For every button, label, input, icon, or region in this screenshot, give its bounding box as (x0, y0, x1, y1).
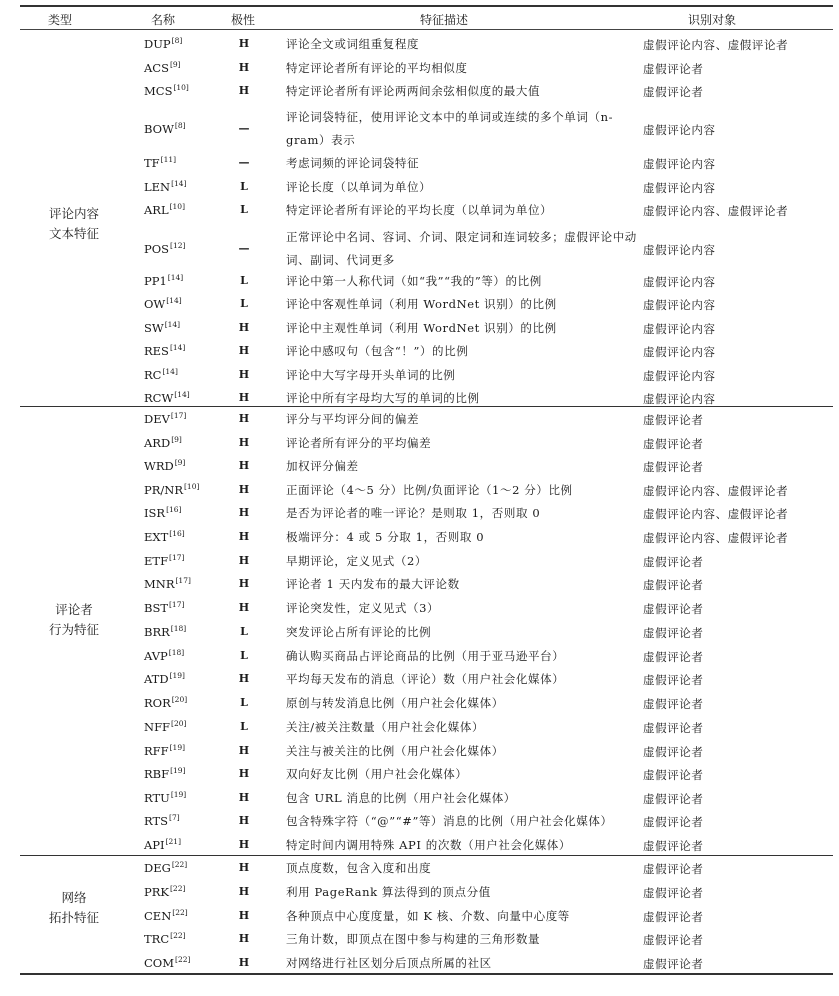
table-row: RTS[7]H包含特殊字符（“@”“#”等）消息的比例（用户社会化媒体）虚假评论… (20, 810, 833, 833)
citation-ref: [22] (170, 884, 185, 893)
feature-description: 对网络进行社区划分后顶点所属的社区 (286, 952, 646, 975)
feature-description: 正常评论中名词、容词、介词、限定词和连词较多；虚假评论中动词、副词、代词更多 (286, 226, 646, 272)
feature-description: 突发评论占所有评论的比例 (286, 621, 646, 644)
table-row: ATD[19]H平均每天发布的消息（评论）数（用户社会化媒体）虚假评论者 (20, 668, 833, 691)
detection-target: 虚假评论者 (643, 696, 704, 712)
feature-description: 双向好友比例（用户社会化媒体） (286, 763, 646, 786)
feature-description: 评论者 1 天内发布的最大评论数 (286, 573, 646, 596)
polarity: H (234, 344, 254, 357)
feature-code: WRD (144, 459, 174, 473)
detection-target: 虚假评论者 (643, 767, 704, 783)
polarity: H (234, 412, 254, 425)
polarity: H (234, 601, 254, 614)
feature-name: LEN[14] (144, 179, 187, 194)
detection-target: 虚假评论者 (643, 61, 704, 77)
table-row: API[21]H特定时间内调用特殊 API 的次数（用户社会化媒体）虚假评论者 (20, 834, 833, 857)
polarity: H (234, 672, 254, 685)
citation-ref: [18] (171, 624, 186, 633)
feature-description: 评论长度（以单词为单位） (286, 176, 646, 199)
citation-ref: [19] (170, 766, 185, 775)
feature-description: 原创与转发消息比例（用户社会化媒体） (286, 692, 646, 715)
feature-code: ARD (144, 436, 170, 450)
feature-name: PRK[22] (144, 884, 185, 899)
detection-target: 虚假评论内容 (643, 391, 716, 407)
polarity: L (234, 625, 254, 638)
polarity: H (234, 577, 254, 590)
polarity: H (234, 506, 254, 519)
table-row: RBF[19]H双向好友比例（用户社会化媒体）虚假评论者 (20, 763, 833, 786)
polarity: H (234, 368, 254, 381)
polarity: H (234, 321, 254, 334)
table-row: TF[11]—考虑词频的评论词袋特征虚假评论内容 (20, 152, 833, 175)
polarity: H (234, 838, 254, 851)
feature-name: AVP[18] (144, 648, 184, 663)
feature-description: 包含特殊字符（“@”“#”等）消息的比例（用户社会化媒体） (286, 810, 646, 833)
citation-ref: [21] (166, 837, 181, 846)
feature-code: ATD (144, 672, 169, 686)
polarity: L (234, 297, 254, 310)
detection-target: 虚假评论内容、虚假评论者 (643, 37, 788, 53)
detection-target: 虚假评论者 (643, 909, 704, 925)
detection-target: 虚假评论者 (643, 838, 704, 854)
feature-code: ETF (144, 554, 168, 568)
feature-description: 加权评分偏差 (286, 455, 646, 478)
feature-description: 顶点度数，包含入度和出度 (286, 857, 646, 880)
citation-ref: [9] (170, 60, 181, 69)
table-row: AVP[18]L确认购买商品占评论商品的比例（用于亚马逊平台）虚假评论者 (20, 645, 833, 668)
feature-description: 包含 URL 消息的比例（用户社会化媒体） (286, 787, 646, 810)
table-row: LEN[14]L评论长度（以单词为单位）虚假评论内容 (20, 176, 833, 199)
header-type: 类型 (48, 11, 72, 28)
citation-ref: [19] (170, 743, 185, 752)
feature-name: EXT[16] (144, 529, 185, 544)
table-row: NFF[20]L关注/被关注数量（用户社会化媒体）虚假评论者 (20, 716, 833, 739)
feature-name: BST[17] (144, 600, 184, 615)
feature-description: 确认购买商品占评论商品的比例（用于亚马逊平台） (286, 645, 646, 668)
detection-target: 虚假评论者 (643, 791, 704, 807)
polarity: H (234, 791, 254, 804)
feature-code: RCW (144, 391, 173, 405)
feature-name: RFF[19] (144, 743, 185, 758)
polarity: L (234, 203, 254, 216)
table-row: BST[17]H评论突发性，定义见式（3）虚假评论者 (20, 597, 833, 620)
bottom-rule (20, 973, 833, 975)
feature-name: BOW[8] (144, 121, 186, 136)
table-row: BOW[8]—评论词袋特征，使用评论文本中的单词或连续的多个单词（n-gram）… (20, 106, 833, 152)
feature-code: RFF (144, 744, 169, 758)
detection-target: 虚假评论者 (643, 412, 704, 428)
feature-code: OW (144, 297, 165, 311)
table-row: ACS[9]H特定评论者所有评论的平均相似度虚假评论者 (20, 57, 833, 80)
detection-target: 虚假评论内容 (643, 242, 716, 258)
polarity: — (234, 242, 254, 255)
table-row: ISR[16]H是否为评论者的唯一评论？是则取 1，否则取 0虚假评论内容、虚假… (20, 502, 833, 525)
polarity: L (234, 649, 254, 662)
feature-code: COM (144, 956, 174, 970)
feature-code: DUP (144, 37, 171, 51)
detection-target: 虚假评论者 (643, 554, 704, 570)
citation-ref: [17] (169, 600, 184, 609)
feature-description: 评论中感叹句（包含“！”）的比例 (286, 340, 646, 363)
table-row: ARL[10]L特定评论者所有评论的平均长度（以单词为单位）虚假评论内容、虚假评… (20, 199, 833, 222)
feature-code: RC (144, 368, 161, 382)
citation-ref: [10] (184, 482, 199, 491)
feature-name: RTU[19] (144, 790, 186, 805)
feature-code: DEV (144, 412, 170, 426)
feature-name: ATD[19] (144, 671, 185, 686)
polarity: H (234, 84, 254, 97)
polarity: H (234, 37, 254, 50)
feature-description: 考虑词频的评论词袋特征 (286, 152, 646, 175)
detection-target: 虚假评论内容 (643, 122, 716, 138)
polarity: L (234, 720, 254, 733)
table-row: WRD[9]H加权评分偏差虚假评论者 (20, 455, 833, 478)
feature-code: NFF (144, 720, 170, 734)
table-row: COM[22]H对网络进行社区划分后顶点所属的社区虚假评论者 (20, 952, 833, 975)
feature-code: BST (144, 601, 168, 615)
polarity: H (234, 459, 254, 472)
polarity: — (234, 122, 254, 135)
feature-description: 特定评论者所有评论的平均长度（以单词为单位） (286, 199, 646, 222)
feature-description: 评论词袋特征，使用评论文本中的单词或连续的多个单词（n-gram）表示 (286, 106, 646, 152)
detection-target: 虚假评论者 (643, 577, 704, 593)
polarity: H (234, 956, 254, 969)
table-row: RFF[19]H关注与被关注的比例（用户社会化媒体）虚假评论者 (20, 740, 833, 763)
citation-ref: [14] (170, 343, 185, 352)
feature-code: CEN (144, 909, 171, 923)
polarity: L (234, 180, 254, 193)
feature-code: DEG (144, 861, 171, 875)
header-polarity: 极性 (231, 11, 255, 28)
table-row: BRR[18]L突发评论占所有评论的比例虚假评论者 (20, 621, 833, 644)
feature-description: 特定时间内调用特殊 API 的次数（用户社会化媒体） (286, 834, 646, 857)
citation-ref: [11] (161, 155, 176, 164)
table-row: POS[12]—正常评论中名词、容词、介词、限定词和连词较多；虚假评论中动词、副… (20, 226, 833, 272)
feature-code: PRK (144, 885, 169, 899)
citation-ref: [17] (169, 553, 184, 562)
detection-target: 虚假评论内容 (643, 274, 716, 290)
polarity: H (234, 436, 254, 449)
feature-name: MCS[10] (144, 83, 189, 98)
feature-code: MCS (144, 84, 172, 98)
feature-name: ISR[16] (144, 505, 182, 520)
detection-target: 虚假评论内容、虚假评论者 (643, 530, 788, 546)
feature-name: RC[14] (144, 367, 178, 382)
feature-description: 评论中主观性单词（利用 WordNet 识别）的比例 (286, 317, 646, 340)
feature-code: BRR (144, 625, 170, 639)
polarity: H (234, 861, 254, 874)
polarity: — (234, 156, 254, 169)
feature-code: RTU (144, 791, 170, 805)
feature-name: ROR[20] (144, 695, 187, 710)
citation-ref: [20] (172, 695, 187, 704)
table-row: ETF[17]H早期评论，定义见式（2）虚假评论者 (20, 550, 833, 573)
detection-target: 虚假评论者 (643, 601, 704, 617)
table-row: PR/NR[10]H正面评论（4～5 分）比例/负面评论（1～2 分）比例虚假评… (20, 479, 833, 502)
table-row: MNR[17]H评论者 1 天内发布的最大评论数虚假评论者 (20, 573, 833, 596)
detection-target: 虚假评论内容 (643, 321, 716, 337)
table-row: PRK[22]H利用 PageRank 算法得到的顶点分值虚假评论者 (20, 881, 833, 904)
feature-description: 特定评论者所有评论的平均相似度 (286, 57, 646, 80)
polarity: H (234, 932, 254, 945)
citation-ref: [8] (175, 121, 186, 130)
feature-code: POS (144, 242, 169, 256)
citation-ref: [14] (168, 273, 183, 282)
feature-code: AVP (144, 649, 168, 663)
detection-target: 虚假评论者 (643, 814, 704, 830)
section-3: 网络拓扑特征DEG[22]H顶点度数，包含入度和出度虚假评论者PRK[22]H利… (20, 855, 833, 973)
citation-ref: [10] (173, 83, 188, 92)
feature-code: LEN (144, 180, 170, 194)
feature-name: MNR[17] (144, 576, 191, 591)
polarity: H (234, 530, 254, 543)
feature-description: 评论中客观性单词（利用 WordNet 识别）的比例 (286, 293, 646, 316)
citation-ref: [17] (171, 411, 186, 420)
detection-target: 虚假评论者 (643, 885, 704, 901)
feature-name: NFF[20] (144, 719, 186, 734)
citation-ref: [9] (171, 435, 182, 444)
feature-name: DUP[8] (144, 36, 182, 51)
citation-ref: [22] (175, 955, 190, 964)
citation-ref: [22] (172, 860, 187, 869)
detection-target: 虚假评论内容、虚假评论者 (643, 483, 788, 499)
table-row: RTU[19]H包含 URL 消息的比例（用户社会化媒体）虚假评论者 (20, 787, 833, 810)
feature-name: COM[22] (144, 955, 190, 970)
citation-ref: [8] (172, 36, 183, 45)
polarity: H (234, 909, 254, 922)
feature-code: TRC (144, 932, 169, 946)
feature-code: EXT (144, 530, 168, 544)
section-2: 评论者行为特征DEV[17]H评分与平均评分间的偏差虚假评论者ARD[9]H评论… (20, 406, 833, 855)
feature-name: DEV[17] (144, 411, 186, 426)
feature-name: SW[14] (144, 320, 180, 335)
feature-name: POS[12] (144, 241, 185, 256)
top-rule (20, 5, 833, 7)
feature-code: BOW (144, 122, 174, 136)
feature-description: 平均每天发布的消息（评论）数（用户社会化媒体） (286, 668, 646, 691)
citation-ref: [7] (169, 813, 180, 822)
table-row: CEN[22]H各种顶点中心度度量，如 K 核、介数、向量中心度等虚假评论者 (20, 905, 833, 928)
feature-code: RES (144, 344, 169, 358)
polarity: L (234, 274, 254, 287)
feature-description: 评论全文或词组重复程度 (286, 33, 646, 56)
detection-target: 虚假评论内容 (643, 297, 716, 313)
feature-name: ACS[9] (144, 60, 181, 75)
feature-name: RES[14] (144, 343, 185, 358)
table-row: DEG[22]H顶点度数，包含入度和出度虚假评论者 (20, 857, 833, 880)
feature-description: 评论中大写字母开头单词的比例 (286, 364, 646, 387)
citation-ref: [16] (169, 529, 184, 538)
detection-target: 虚假评论内容 (643, 344, 716, 360)
feature-name: DEG[22] (144, 860, 187, 875)
citation-ref: [20] (171, 719, 186, 728)
polarity: H (234, 885, 254, 898)
detection-target: 虚假评论内容 (643, 156, 716, 172)
feature-name: RCW[14] (144, 390, 190, 405)
feature-name: ARD[9] (144, 435, 182, 450)
table-row: DEV[17]H评分与平均评分间的偏差虚假评论者 (20, 408, 833, 431)
feature-description: 是否为评论者的唯一评论？是则取 1，否则取 0 (286, 502, 646, 525)
feature-name: TF[11] (144, 155, 176, 170)
table-row: SW[14]H评论中主观性单词（利用 WordNet 识别）的比例虚假评论内容 (20, 317, 833, 340)
feature-code: API (144, 838, 165, 852)
feature-code: SW (144, 321, 164, 335)
citation-ref: [16] (166, 505, 181, 514)
citation-ref: [18] (169, 648, 184, 657)
feature-description: 评分与平均评分间的偏差 (286, 408, 646, 431)
detection-target: 虚假评论者 (643, 672, 704, 688)
citation-ref: [14] (165, 320, 180, 329)
table-row: ARD[9]H评论者所有评分的平均偏差虚假评论者 (20, 432, 833, 455)
citation-ref: [14] (171, 179, 186, 188)
detection-target: 虚假评论内容 (643, 180, 716, 196)
feature-description: 关注与被关注的比例（用户社会化媒体） (286, 740, 646, 763)
feature-description: 特定评论者所有评论两两间余弦相似度的最大值 (286, 80, 646, 103)
detection-target: 虚假评论者 (643, 932, 704, 948)
feature-code: PR/NR (144, 483, 183, 497)
feature-name: BRR[18] (144, 624, 186, 639)
detection-target: 虚假评论者 (643, 956, 704, 972)
citation-ref: [9] (175, 458, 186, 467)
detection-target: 虚假评论者 (643, 84, 704, 100)
table-row: ROR[20]L原创与转发消息比例（用户社会化媒体）虚假评论者 (20, 692, 833, 715)
header-target: 识别对象 (688, 11, 736, 28)
table-row: MCS[10]H特定评论者所有评论两两间余弦相似度的最大值虚假评论者 (20, 80, 833, 103)
feature-description: 极端评分：4 或 5 分取 1，否则取 0 (286, 526, 646, 549)
table-row: EXT[16]H极端评分：4 或 5 分取 1，否则取 0虚假评论内容、虚假评论… (20, 526, 833, 549)
feature-name: RBF[19] (144, 766, 186, 781)
polarity: H (234, 391, 254, 404)
citation-ref: [22] (172, 908, 187, 917)
feature-description: 正面评论（4～5 分）比例/负面评论（1～2 分）比例 (286, 479, 646, 502)
detection-target: 虚假评论内容、虚假评论者 (643, 203, 788, 219)
citation-ref: [14] (162, 367, 177, 376)
citation-ref: [19] (171, 790, 186, 799)
feature-description: 三角计数，即顶点在图中参与构建的三角形数量 (286, 928, 646, 951)
table-header: 类型 名称 极性 特征描述 识别对象 (20, 8, 833, 29)
feature-code: TF (144, 156, 160, 170)
citation-ref: [10] (170, 202, 185, 211)
table-row: RES[14]H评论中感叹句（包含“！”）的比例虚假评论内容 (20, 340, 833, 363)
feature-code: MNR (144, 577, 175, 591)
detection-target: 虚假评论者 (643, 459, 704, 475)
table-row: TRC[22]H三角计数，即顶点在图中参与构建的三角形数量虚假评论者 (20, 928, 833, 951)
detection-target: 虚假评论内容 (643, 368, 716, 384)
polarity: H (234, 61, 254, 74)
citation-ref: [22] (170, 931, 185, 940)
feature-description: 评论突发性，定义见式（3） (286, 597, 646, 620)
citation-ref: [14] (166, 296, 181, 305)
feature-name: WRD[9] (144, 458, 185, 473)
feature-name: PP1[14] (144, 273, 183, 288)
feature-name: OW[14] (144, 296, 182, 311)
feature-description: 早期评论，定义见式（2） (286, 550, 646, 573)
polarity: H (234, 767, 254, 780)
citation-ref: [19] (170, 671, 185, 680)
feature-code: ARL (144, 203, 169, 217)
detection-target: 虚假评论者 (643, 625, 704, 641)
polarity: H (234, 744, 254, 757)
polarity: H (234, 483, 254, 496)
table-row: OW[14]L评论中客观性单词（利用 WordNet 识别）的比例虚假评论内容 (20, 293, 833, 316)
table-row: PP1[14]L评论中第一人称代词（如“我”“我的”等）的比例虚假评论内容 (20, 270, 833, 293)
feature-code: RTS (144, 814, 168, 828)
feature-name: ETF[17] (144, 553, 184, 568)
feature-code: PP1 (144, 274, 167, 288)
section-1: 评论内容文本特征DUP[8]H评论全文或词组重复程度虚假评论内容、虚假评论者AC… (20, 30, 833, 406)
feature-code: ACS (144, 61, 169, 75)
feature-name: API[21] (144, 837, 181, 852)
citation-ref: [14] (174, 390, 189, 399)
feature-name: ARL[10] (144, 202, 185, 217)
feature-description: 评论中第一人称代词（如“我”“我的”等）的比例 (286, 270, 646, 293)
header-description: 特征描述 (420, 11, 468, 28)
detection-target: 虚假评论者 (643, 436, 704, 452)
feature-code: ISR (144, 506, 165, 520)
detection-target: 虚假评论者 (643, 861, 704, 877)
table-row: RC[14]H评论中大写字母开头单词的比例虚假评论内容 (20, 364, 833, 387)
polarity: H (234, 554, 254, 567)
header-name: 名称 (151, 11, 175, 28)
detection-target: 虚假评论者 (643, 744, 704, 760)
feature-description: 利用 PageRank 算法得到的顶点分值 (286, 881, 646, 904)
citation-ref: [17] (176, 576, 191, 585)
polarity: H (234, 814, 254, 827)
detection-target: 虚假评论者 (643, 720, 704, 736)
feature-description: 关注/被关注数量（用户社会化媒体） (286, 716, 646, 739)
table-row: DUP[8]H评论全文或词组重复程度虚假评论内容、虚假评论者 (20, 33, 833, 56)
polarity: L (234, 696, 254, 709)
feature-description: 各种顶点中心度度量，如 K 核、介数、向量中心度等 (286, 905, 646, 928)
feature-name: CEN[22] (144, 908, 188, 923)
detection-target: 虚假评论者 (643, 649, 704, 665)
feature-description: 评论者所有评分的平均偏差 (286, 432, 646, 455)
feature-name: RTS[7] (144, 813, 180, 828)
feature-code: ROR (144, 696, 171, 710)
feature-name: PR/NR[10] (144, 482, 199, 497)
citation-ref: [12] (170, 241, 185, 250)
feature-name: TRC[22] (144, 931, 186, 946)
detection-target: 虚假评论内容、虚假评论者 (643, 506, 788, 522)
feature-code: RBF (144, 767, 169, 781)
